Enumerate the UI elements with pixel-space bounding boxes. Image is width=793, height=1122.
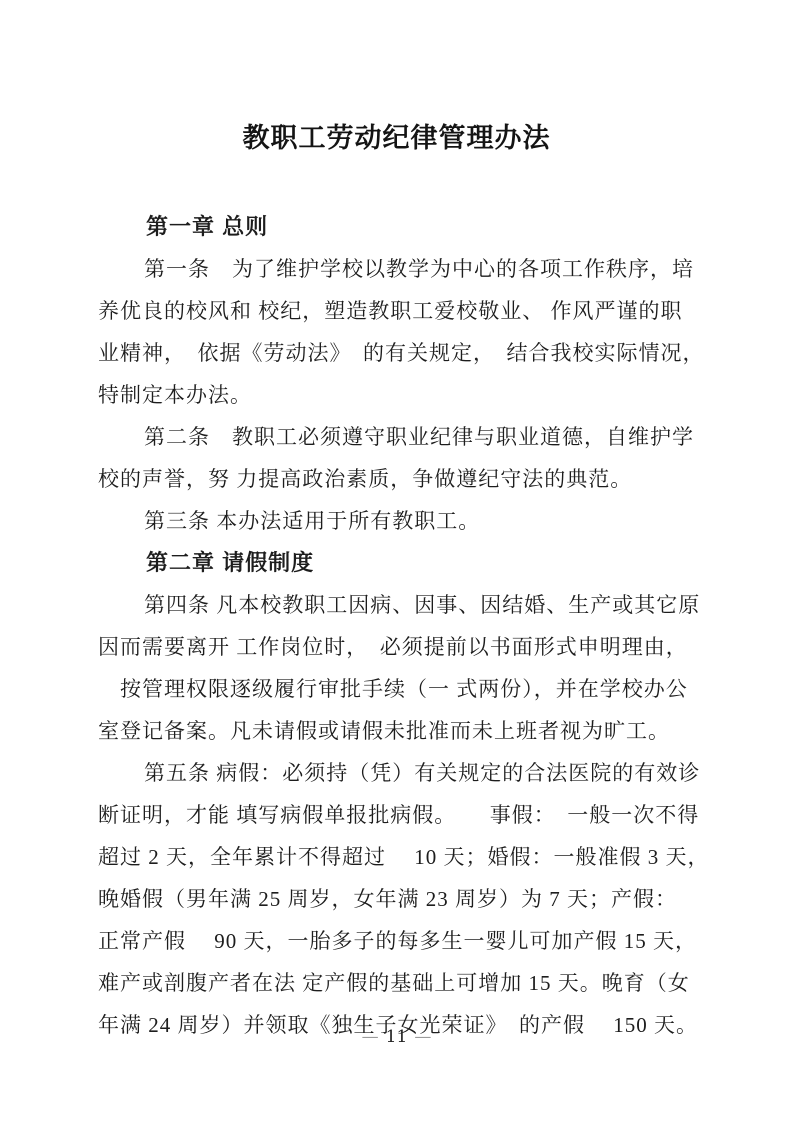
article-4-line: 因而需要离开 工作岗位时， 必须提前以书面形式申明理由， — [98, 626, 703, 668]
article-5-line: 难产或剖腹产者在法 定产假的基础上可增加 15 天。晚育（女 — [98, 962, 703, 1004]
article-1-line: 业精神， 依据《劳动法》 的有关规定， 结合我校实际情况， — [98, 332, 703, 374]
article-4-line: 按管理权限逐级履行审批手续（一 式两份），并在学校办公 — [98, 668, 703, 710]
article-5-line: 断证明，才能 填写病假单报批病假。 事假： 一般一次不得 — [98, 794, 703, 836]
page-number: —11— — [0, 1026, 793, 1048]
page-number-dash-right: — — [414, 1027, 431, 1047]
document-title: 教职工劳动纪律管理办法 — [0, 0, 793, 160]
article-4-line: 第四条 凡本校教职工因病、因事、因结婚、生产或其它原 — [98, 584, 703, 626]
article-1-line: 特制定本办法。 — [98, 374, 703, 416]
article-1-line: 第一条 为了维护学校以教学为中心的各项工作秩序，培 — [98, 248, 703, 290]
article-4-line: 室登记备案。凡未请假或请假未批准而未上班者视为旷工。 — [98, 710, 703, 752]
article-5-line: 第五条 病假：必须持（凭）有关规定的合法医院的有效诊 — [98, 752, 703, 794]
document-body: 第一章 总则 第一条 为了维护学校以教学为中心的各项工作秩序，培 养优良的校风和… — [98, 206, 703, 1046]
chapter-2-heading: 第二章 请假制度 — [98, 542, 703, 584]
chapter-1-heading: 第一章 总则 — [98, 206, 703, 248]
article-5-line: 晚婚假（男年满 25 周岁，女年满 23 周岁）为 7 天；产假： — [98, 878, 703, 920]
article-5-line: 正常产假 90 天，一胎多子的每多生一婴儿可加产假 15 天， — [98, 920, 703, 962]
page-number-value: 11 — [386, 1027, 408, 1047]
article-5-line: 超过 2 天，全年累计不得超过 10 天；婚假：一般准假 3 天， — [98, 836, 703, 878]
article-3-line: 第三条 本办法适用于所有教职工。 — [98, 500, 703, 542]
article-1-line: 养优良的校风和 校纪，塑造教职工爱校敬业、 作风严谨的职 — [98, 290, 703, 332]
article-2-line: 第二条 教职工必须遵守职业纪律与职业道德，自维护学 — [98, 416, 703, 458]
page-number-dash-left: — — [362, 1027, 379, 1047]
document-page: 教职工劳动纪律管理办法 第一章 总则 第一条 为了维护学校以教学为中心的各项工作… — [0, 0, 793, 1122]
article-2-line: 校的声誉，努 力提高政治素质，争做遵纪守法的典范。 — [98, 458, 703, 500]
